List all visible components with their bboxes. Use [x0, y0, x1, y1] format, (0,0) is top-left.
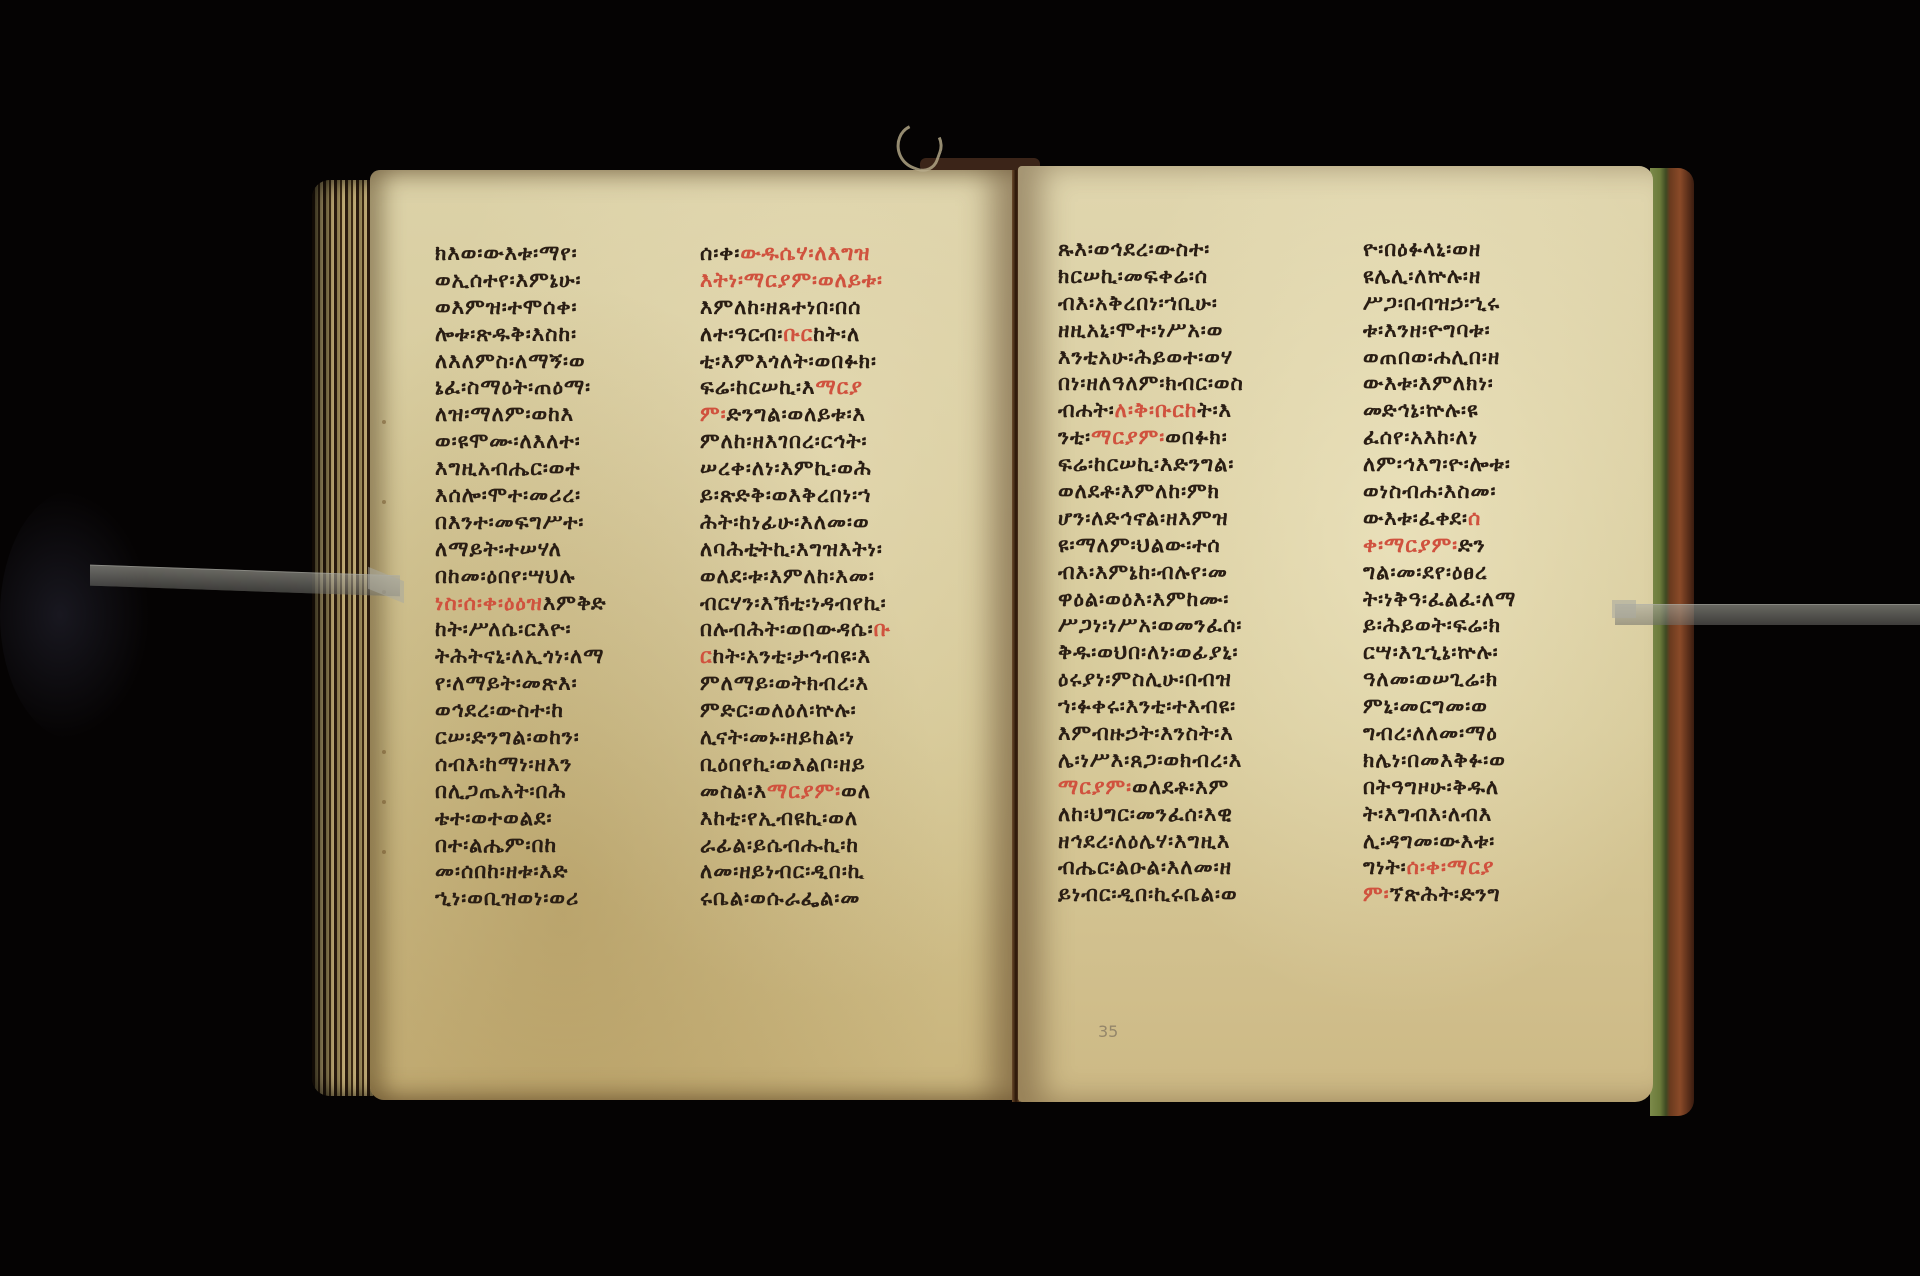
body-text: ቢዕበየኪ፡ወእልቦ፡ዘይ: [700, 752, 866, 776]
body-text: ድንግል፡ወለይቱ፡እ: [727, 402, 866, 426]
body-text: ዘኅደረ፡ለዕሌሃ፡እግዚእ: [1058, 829, 1230, 853]
body-text: ከት፡ሥለሴ፡ርእዮ፡: [435, 617, 571, 641]
rubric-text: ም፡: [700, 402, 727, 426]
manuscript-line: ቀ፡ማርያም፡ድን: [1363, 532, 1516, 559]
body-text: ግብረ፡ለለመ፡ማዕ: [1363, 721, 1498, 745]
body-text: በሉብሕት፡ወበውዳሴ፡: [700, 617, 874, 641]
manuscript-line: ቢዕበየኪ፡ወእልቦ፡ዘይ: [700, 751, 891, 778]
manuscript-line: ግል፡መ፡ደየ፡ዕፀረ: [1363, 559, 1516, 586]
manuscript-line: ም፡ድንግል፡ወለይቱ፡እ: [700, 401, 891, 428]
body-text: ንቲ፡: [1058, 425, 1091, 449]
manuscript-line: ርከት፡አንቲ፡ታኅብዩ፡እ: [700, 643, 891, 670]
pricking-hole: [382, 800, 386, 804]
body-text: ዕሩያነ፡ምስሊሁ፡በብዝ: [1058, 667, 1232, 691]
manuscript-line: መስል፡እማርያም፡ወለ: [700, 778, 891, 805]
manuscript-line: እንቲአሁ፡ሕይወተ፡ወሃ: [1058, 344, 1244, 371]
left-fore-edge-pages: [312, 180, 374, 1096]
background-blurred-object: [0, 490, 150, 740]
body-text: ውእቱ፡ፈቀደ፡: [1363, 506, 1468, 530]
body-text: ሊናት፡መኑ፡ዘይከል፡ነ: [700, 725, 855, 749]
text-column-left-1: ክእወ፡ውእቱ፡ማየ፡ወኢሰተየ፡እምኔሁ፡ወእምዝ፡ተሞሰቀ፡ሎቱ፡ጽዱቅ፡እ…: [435, 240, 607, 912]
body-text: ዮ፡በዕፉላኒ፡ወዘ: [1363, 237, 1481, 261]
body-text: ለዝ፡ማለም፡ወከእ: [435, 402, 574, 426]
body-text: ትሕትናኒ፡ለኢጎነ፡ለማ: [435, 644, 605, 668]
manuscript-line: እምለከ፡ዘጸተነበ፡በሰ: [700, 294, 891, 321]
body-text: ወኢሰተየ፡እምኔሁ፡: [435, 268, 581, 292]
rubric-text: እትነ፡ማርያም፡ወለይቱ፡: [700, 268, 883, 292]
right-fore-edge-cover: [1650, 168, 1694, 1116]
body-text: ምለማይ፡ወትክብረ፡እ: [700, 671, 869, 695]
body-text: ፍሬ፡ከርሠኪ፡እድንግል፡: [1058, 452, 1234, 476]
manuscript-line: ምድር፡ወለዕለ፡ኵሉ፡: [700, 697, 891, 724]
body-text: በተ፡ልሔም፡በከ: [435, 833, 557, 857]
body-text: ወለደቶ፡እም: [1132, 775, 1229, 799]
rubric-text: ነስ፡ሰ፡ቀ፡ዕዕዝ: [435, 591, 543, 615]
body-text: ለማይት፡ተሠሃለ: [435, 537, 562, 561]
manuscript-line: ብሔር፡ልዑል፡እለመ፡ዘ: [1058, 854, 1244, 881]
manuscript-line: ቲ፡እምእጎለት፡ወበፉክ፡: [700, 348, 891, 375]
body-text: ዋዕል፡ወዕእ፡እምከሙ፡: [1058, 587, 1229, 611]
body-text: ፈሰየ፡አእከ፡ለነ: [1363, 425, 1478, 449]
manuscript-line: ክእወ፡ውእቱ፡ማየ፡: [435, 240, 607, 267]
body-text: ይነብር፡ዲበ፡ኪሩቤል፡ወ: [1058, 882, 1238, 906]
rubric-text: ለ፡ቅ፡ቡርከ: [1115, 398, 1198, 422]
manuscript-line: ዘኅደረ፡ለዕሌሃ፡እግዚእ: [1058, 828, 1244, 855]
body-text: ወ፡ዩሞሙ፡ለእለተ፡: [435, 429, 581, 453]
body-text: ሠረቀ፡ለነ፡እምኪ፡ወሕ: [700, 456, 872, 480]
body-text: ሕት፡ከነፊሁ፡እለመ፡ወ: [700, 510, 870, 534]
body-text: በትዓግዞሁ፡ቅዱለ: [1363, 775, 1499, 799]
body-text: ቅዱ፡ወህበ፡ለነ፡ወፊያኒ፡: [1058, 640, 1239, 664]
manuscript-line: ይ፡ጽድቅ፡ወእቅረበነ፡ኀ: [700, 482, 891, 509]
manuscript-line: እግዚአብሔር፡ወተ: [435, 455, 607, 482]
manuscript-line: ግብረ፡ለለመ፡ማዕ: [1363, 720, 1516, 747]
rubric-text: ማርያም፡: [1091, 425, 1165, 449]
manuscript-line: የ፡ለማይት፡መጽእ፡: [435, 670, 607, 697]
manuscript-line: በሊጋጤአት፡በሕ: [435, 778, 607, 805]
manuscript-line: ሕት፡ከነፊሁ፡እለመ፡ወ: [700, 509, 891, 536]
manuscript-line: ሥጋነ፡ነሥአ፡ወመንፈሰ፡: [1058, 612, 1244, 639]
body-text: ብእ፡እምኔከ፡ብሉየ፡መ: [1058, 560, 1228, 584]
body-text: ሰብእ፡ከማነ፡ዘእን: [435, 752, 572, 776]
manuscript-line: እምብዙኃት፡እንስት፡እ: [1058, 720, 1244, 747]
body-text: ሊ፡ዳግመ፡ውእቱ፡: [1363, 829, 1495, 853]
body-text: ሌ፡ነሥእ፡ጸጋ፡ወክብረ፡እ: [1058, 748, 1242, 772]
body-text: ርሠ፡ድንግል፡ወከን፡: [435, 725, 580, 749]
rubric-text: ቀ፡ማርያም፡: [1363, 533, 1458, 557]
manuscript-line: ለም፡ኅእግ፡ዮ፡ሎቱ፡: [1363, 451, 1516, 478]
rubric-text: ማርያም፡: [1058, 775, 1132, 799]
body-text: ለእለምስ፡ለማኝ፡ወ: [435, 349, 586, 373]
manuscript-line: ወኅደረ፡ውስተ፡ከ: [435, 697, 607, 724]
manuscript-line: ቱ፡እንዘ፡ዮግባቱ፡: [1363, 317, 1516, 344]
body-text: በነ፡ዘለዓለም፡ክብር፡ወስ: [1058, 371, 1244, 395]
body-text: ክርሠኪ፡መፍቀሬ፡ሰ: [1058, 264, 1208, 288]
body-text: ሥጋነ፡ነሥአ፡ወመንፈሰ፡: [1058, 613, 1242, 637]
right-page: ጹእ፡ወኅደረ፡ውስተ፡ክርሠኪ፡መፍቀሬ፡ሰብእ፡አቅረበነ፡ኀቢሁ፡ዘዚአኒ…: [1018, 166, 1653, 1102]
text-column-right-2: ዮ፡በዕፉላኒ፡ወዘዩሌሊ፡ለኵሉ፡ዘሥጋ፡በብዝኃ፡ኂሩቱ፡እንዘ፡ዮግባቱ፡…: [1363, 236, 1516, 908]
manuscript-line: ዮ፡በዕፉላኒ፡ወዘ: [1363, 236, 1516, 263]
manuscript-line: ክሌነ፡በመእቅፉ፡ወ: [1363, 747, 1516, 774]
body-text: ብርሃን፡እኽቲ፡ነዳብየኪ፡: [700, 591, 887, 615]
acrylic-page-holder-right: [1615, 604, 1920, 625]
body-text: እንቲአሁ፡ሕይወተ፡ወሃ: [1058, 345, 1233, 369]
manuscript-line: ዕሩያነ፡ምስሊሁ፡በብዝ: [1058, 666, 1244, 693]
body-text: መድኅኔ፡ኵሉ፡ዩ: [1363, 398, 1479, 422]
body-text: እምቅድ: [543, 591, 607, 615]
body-text: የ፡ለማይት፡መጽእ፡: [435, 671, 578, 695]
body-text: ሩቤል፡ወሱራፌል፡መ: [700, 886, 860, 910]
body-text: ዩሌሊ፡ለኵሉ፡ዘ: [1363, 264, 1481, 288]
body-text: በከመ፡ዕበየ፡ሣህሉ: [435, 564, 576, 588]
body-text: ቴተ፡ወተወልደ፡: [435, 806, 552, 830]
manuscript-line: ለማይት፡ተሠሃለ: [435, 536, 607, 563]
rubric-text: ር: [700, 644, 713, 668]
manuscript-line: ምለማይ፡ወትክብረ፡እ: [700, 670, 891, 697]
manuscript-line: ብእ፡አቅረበነ፡ኀቢሁ፡: [1058, 290, 1244, 317]
manuscript-line: ፍሬ፡ከርሠኪ፡እማርያ: [700, 374, 891, 401]
manuscript-line: ት፡እግብእ፡ለብእ: [1363, 801, 1516, 828]
body-text: ወለ: [841, 779, 871, 803]
body-text: ርሣ፡እጊኂኔ፡ኵሉ፡: [1363, 640, 1499, 664]
body-text: ወነስብሐ፡እስመ፡: [1363, 479, 1497, 503]
manuscript-line: ዩ፡ማለም፡ህልው፡ተሰ: [1058, 532, 1244, 559]
manuscript-line: ለባሕቲትኪ፡እግዝእትነ፡: [700, 536, 891, 563]
pricking-hole: [382, 500, 386, 504]
body-text: ወኅደረ፡ውስተ፡ከ: [435, 698, 564, 722]
body-text: ኔፈ፡ስማዕት፡ጠዕማ፡: [435, 375, 591, 399]
rubric-text: ውዱሴሃ፡ለእግዝ: [740, 241, 870, 265]
manuscript-line: ርሣ፡እጊኂኔ፡ኵሉ፡: [1363, 639, 1516, 666]
manuscript-line: ምኒ፡መርግመ፡ወ: [1363, 693, 1516, 720]
manuscript-line: ወጠበወ፡ሐሊበ፡ዘ: [1363, 344, 1516, 371]
manuscript-line: ወለደቶ፡እምለከ፡ምክ: [1058, 478, 1244, 505]
manuscript-line: ብእ፡እምኔከ፡ብሉየ፡መ: [1058, 559, 1244, 586]
body-text: ለባሕቲትኪ፡እግዝእትነ፡: [700, 537, 883, 561]
body-text: ኂነ፡ወቢዝወነ፡ወሪ: [435, 886, 579, 910]
body-text: በእንተ፡መፍግሥተ፡: [435, 510, 584, 534]
manuscript-line: ርሠ፡ድንግል፡ወከን፡: [435, 724, 607, 751]
text-column-left-2: ሰ፡ቀ፡ውዱሴሃ፡ለእግዝእትነ፡ማርያም፡ወለይቱ፡እምለከ፡ዘጸተነበ፡በሰ…: [700, 240, 891, 912]
folio-number: 35: [1098, 1022, 1118, 1041]
manuscript-line: በትዓግዞሁ፡ቅዱለ: [1363, 774, 1516, 801]
body-text: ሆን፡ለድኅኖል፡ዘእምዝ: [1058, 506, 1229, 530]
body-text: ዩ፡ማለም፡ህልው፡ተሰ: [1058, 533, 1221, 557]
manuscript-line: ሆን፡ለድኅኖል፡ዘእምዝ: [1058, 505, 1244, 532]
body-text: ሥጋ፡በብዝኃ፡ኂሩ: [1363, 291, 1500, 315]
manuscript-line: መድኅኔ፡ኵሉ፡ዩ: [1363, 397, 1516, 424]
rubric-text: ማርያም፡: [767, 779, 841, 803]
body-text: ቱ፡እንዘ፡ዮግባቱ፡: [1363, 318, 1491, 342]
body-text: መ፡ሰበከ፡ዘቱ፡እድ: [435, 859, 568, 883]
body-text: እሰሎ፡ሞተ፡መሪረ፡: [435, 483, 581, 507]
manuscript-line: ፍሬ፡ከርሠኪ፡እድንግል፡: [1058, 451, 1244, 478]
body-text: ግል፡መ፡ደየ፡ዕፀረ: [1363, 560, 1488, 584]
pricking-hole: [382, 850, 386, 854]
body-text: ምኒ፡መርግመ፡ወ: [1363, 694, 1488, 718]
body-text: ፍሬ፡ከርሠኪ፡እ: [700, 375, 815, 399]
body-text: ጹእ፡ወኅደረ፡ውስተ፡: [1058, 237, 1210, 261]
manuscript-line: በእንተ፡መፍግሥተ፡: [435, 509, 607, 536]
manuscript-line: ወኢሰተየ፡እምኔሁ፡: [435, 267, 607, 294]
manuscript-line: ውእቱ፡እምለክነ፡: [1363, 370, 1516, 397]
body-text: ት፡እ: [1197, 398, 1232, 422]
manuscript-line: ሌ፡ነሥእ፡ጸጋ፡ወክብረ፡እ: [1058, 747, 1244, 774]
manuscript-line: ወነስብሐ፡እስመ፡: [1363, 478, 1516, 505]
manuscript-line: ግነት፡ሰ፡ቀ፡ማርያ: [1363, 854, 1516, 881]
manuscript-line: ለእለምስ፡ለማኝ፡ወ: [435, 348, 607, 375]
manuscript-line: ቴተ፡ወተወልደ፡: [435, 805, 607, 832]
body-text: ብእ፡አቅረበነ፡ኀቢሁ፡: [1058, 291, 1218, 315]
manuscript-line: ዘዚአኒ፡ሞተ፡ነሥአ፡ወ: [1058, 317, 1244, 344]
rubric-text: ሰ፡ቀ፡ማርያ: [1407, 855, 1495, 879]
manuscript-line: ሥጋ፡በብዝኃ፡ኂሩ: [1363, 290, 1516, 317]
manuscript-line: ክርሠኪ፡መፍቀሬ፡ሰ: [1058, 263, 1244, 290]
body-text: ይ፡ሕይወት፡ፍሬ፡ክ: [1363, 613, 1501, 637]
body-text: ምለከ፡ዘእገበረ፡ርኅት፡: [700, 429, 867, 453]
body-text: መስል፡እ: [700, 779, 767, 803]
manuscript-line: መ፡ሰበከ፡ዘቱ፡እድ: [435, 858, 607, 885]
manuscript-line: ዩሌሊ፡ለኵሉ፡ዘ: [1363, 263, 1516, 290]
manuscript-line: ውእቱ፡ፈቀደ፡ሰ: [1363, 505, 1516, 532]
body-text: ከት፡አንቲ፡ታኅብዩ፡እ: [713, 644, 872, 668]
body-text: ኀ፡ፉቀሩ፡እንቲ፡ተእብዩ፡: [1058, 694, 1236, 718]
manuscript-line: ቅዱ፡ወህበ፡ለነ፡ወፊያኒ፡: [1058, 639, 1244, 666]
manuscript-line: ሩቤል፡ወሱራፌል፡መ: [700, 885, 891, 912]
manuscript-line: ይ፡ሕይወት፡ፍሬ፡ክ: [1363, 612, 1516, 639]
manuscript-line: ወ፡ዩሞሙ፡ለእለተ፡: [435, 428, 607, 455]
acrylic-page-holder-right-tip: [1612, 600, 1636, 618]
body-text: ዓለመ፡ወሠጊሬ፡ክ: [1363, 667, 1498, 691]
manuscript-line: ኔፈ፡ስማዕት፡ጠዕማ፡: [435, 374, 607, 401]
manuscript-line: በተ፡ልሔም፡በከ: [435, 832, 607, 859]
body-text: ግነት፡: [1363, 855, 1407, 879]
manuscript-line: ለመ፡ዘይነብር፡ዲበ፡ኪ: [700, 858, 891, 885]
manuscript-line: ዋዕል፡ወዕእ፡እምከሙ፡: [1058, 586, 1244, 613]
body-text: ክሌነ፡በመእቅፉ፡ወ: [1363, 748, 1506, 772]
manuscript-line: ለተ፡ዓርብ፡ቡርከት፡ለ: [700, 321, 891, 348]
body-text: ወለደ፡ቱ፡እምለከ፡እመ፡: [700, 564, 875, 588]
manuscript-line: ሰ፡ቀ፡ውዱሴሃ፡ለእግዝ: [700, 240, 891, 267]
body-text: ት፡ነቅዓ፡ፈልፈ፡ለማ: [1363, 587, 1516, 611]
manuscript-line: ማርያም፡ወለደቶ፡እም: [1058, 774, 1244, 801]
body-text: ራፊል፡ይሴብሑኪ፡ከ: [700, 833, 859, 857]
manuscript-line: ከት፡ሥለሴ፡ርእዮ፡: [435, 616, 607, 643]
body-text: እምብዙኃት፡እንስት፡እ: [1058, 721, 1234, 745]
manuscript-line: ብርሃን፡እኽቲ፡ነዳብየኪ፡: [700, 590, 891, 617]
pricking-hole: [382, 420, 386, 424]
manuscript-line: በሉብሕት፡ወበውዳሴ፡ቡ: [700, 616, 891, 643]
manuscript-line: ለዝ፡ማለም፡ወከእ: [435, 401, 607, 428]
manuscript-line: እትነ፡ማርያም፡ወለይቱ፡: [700, 267, 891, 294]
body-text: ወእምዝ፡ተሞሰቀ፡: [435, 295, 578, 319]
manuscript-line: ዓለመ፡ወሠጊሬ፡ክ: [1363, 666, 1516, 693]
body-text: ለተ፡ዓርብ፡: [700, 322, 783, 346]
text-column-right-1: ጹእ፡ወኅደረ፡ውስተ፡ክርሠኪ፡መፍቀሬ፡ሰብእ፡አቅረበነ፡ኀቢሁ፡ዘዚአኒ…: [1058, 236, 1244, 908]
body-text: ወበፉክ፡: [1165, 425, 1227, 449]
body-text: ለም፡ኅእግ፡ዮ፡ሎቱ፡: [1363, 452, 1511, 476]
rubric-text: ሰ: [1468, 506, 1481, 530]
manuscript-line: ወለደ፡ቱ፡እምለከ፡እመ፡: [700, 563, 891, 590]
manuscript-line: በነ፡ዘለዓለም፡ክብር፡ወስ: [1058, 370, 1244, 397]
manuscript-line: ነስ፡ሰ፡ቀ፡ዕዕዝእምቅድ: [435, 590, 607, 617]
manuscript-line: ኀ፡ፉቀሩ፡እንቲ፡ተእብዩ፡: [1058, 693, 1244, 720]
body-text: ወለደቶ፡እምለከ፡ምክ: [1058, 479, 1220, 503]
manuscript-line: ብሐት፡ለ፡ቅ፡ቡርከት፡እ: [1058, 397, 1244, 424]
body-text: ከት፡ለ: [813, 322, 860, 346]
body-text: ኘጽሕት፡ድንግ: [1390, 882, 1501, 906]
manuscript-line: ጹእ፡ወኅደረ፡ውስተ፡: [1058, 236, 1244, 263]
body-text: ውእቱ፡እምለክነ፡: [1363, 371, 1494, 395]
body-text: ክእወ፡ውእቱ፡ማየ፡: [435, 241, 578, 265]
rubric-text: ማርያ: [815, 375, 863, 399]
pricking-hole: [382, 750, 386, 754]
body-text: ዘዚአኒ፡ሞተ፡ነሥአ፡ወ: [1058, 318, 1223, 342]
rubric-text: ም፡: [1363, 882, 1390, 906]
manuscript-line: ኂነ፡ወቢዝወነ፡ወሪ: [435, 885, 607, 912]
body-text: እከቲ፡የኢብዩኪ፡ወለ: [700, 806, 858, 830]
body-text: ሎቱ፡ጽዱቅ፡እስከ፡: [435, 322, 577, 346]
manuscript-line: እሰሎ፡ሞተ፡መሪረ፡: [435, 482, 607, 509]
body-text: ይ፡ጽድቅ፡ወእቅረበነ፡ኀ: [700, 483, 871, 507]
body-text: እምለከ፡ዘጸተነበ፡በሰ: [700, 295, 862, 319]
body-text: ለመ፡ዘይነብር፡ዲበ፡ኪ: [700, 859, 865, 883]
body-text: ት፡እግብእ፡ለብእ: [1363, 802, 1492, 826]
manuscript-line: ሠረቀ፡ለነ፡እምኪ፡ወሕ: [700, 455, 891, 482]
body-text: ብሐት፡: [1058, 398, 1115, 422]
manuscript-line: ምለከ፡ዘእገበረ፡ርኅት፡: [700, 428, 891, 455]
manuscript-line: በከመ፡ዕበየ፡ሣህሉ: [435, 563, 607, 590]
manuscript-line: ም፡ኘጽሕት፡ድንግ: [1363, 881, 1516, 908]
manuscript-line: ንቲ፡ማርያም፡ወበፉክ፡: [1058, 424, 1244, 451]
body-text: ወጠበወ፡ሐሊበ፡ዘ: [1363, 345, 1500, 369]
body-text: እግዚአብሔር፡ወተ: [435, 456, 581, 480]
manuscript-line: ት፡ነቅዓ፡ፈልፈ፡ለማ: [1363, 586, 1516, 613]
rubric-text: ቡ: [874, 617, 891, 641]
manuscript-line: እከቲ፡የኢብዩኪ፡ወለ: [700, 805, 891, 832]
body-text: በሊጋጤአት፡በሕ: [435, 779, 567, 803]
manuscript-line: ትሕትናኒ፡ለኢጎነ፡ለማ: [435, 643, 607, 670]
manuscript-line: ሎቱ፡ጽዱቅ፡እስከ፡: [435, 321, 607, 348]
left-page: ክእወ፡ውእቱ፡ማየ፡ወኢሰተየ፡እምኔሁ፡ወእምዝ፡ተሞሰቀ፡ሎቱ፡ጽዱቅ፡እ…: [370, 170, 1015, 1100]
manuscript-line: ይነብር፡ዲበ፡ኪሩቤል፡ወ: [1058, 881, 1244, 908]
body-text: ብሔር፡ልዑል፡እለመ፡ዘ: [1058, 855, 1232, 879]
manuscript-line: ሰብእ፡ከማነ፡ዘእን: [435, 751, 607, 778]
manuscript-line: ወእምዝ፡ተሞሰቀ፡: [435, 294, 607, 321]
body-text: ለከ፡ህግር፡መንፈሰ፡እዊ: [1058, 802, 1233, 826]
body-text: ድን: [1458, 533, 1486, 557]
manuscript-line: ሊ፡ዳግመ፡ውእቱ፡: [1363, 828, 1516, 855]
body-text: ሰ፡ቀ፡: [700, 241, 740, 265]
manuscript-line: ራፊል፡ይሴብሑኪ፡ከ: [700, 832, 891, 859]
manuscript-line: ለከ፡ህግር፡መንፈሰ፡እዊ: [1058, 801, 1244, 828]
rubric-text: ቡር: [783, 322, 813, 346]
body-text: ምድር፡ወለዕለ፡ኵሉ፡: [700, 698, 857, 722]
manuscript-line: ሊናት፡መኑ፡ዘይከል፡ነ: [700, 724, 891, 751]
body-text: ቲ፡እምእጎለት፡ወበፉክ፡: [700, 349, 877, 373]
open-manuscript: ክእወ፡ውእቱ፡ማየ፡ወኢሰተየ፡እምኔሁ፡ወእምዝ፡ተሞሰቀ፡ሎቱ፡ጽዱቅ፡እ…: [300, 158, 1700, 1118]
manuscript-line: ፈሰየ፡አእከ፡ለነ: [1363, 424, 1516, 451]
